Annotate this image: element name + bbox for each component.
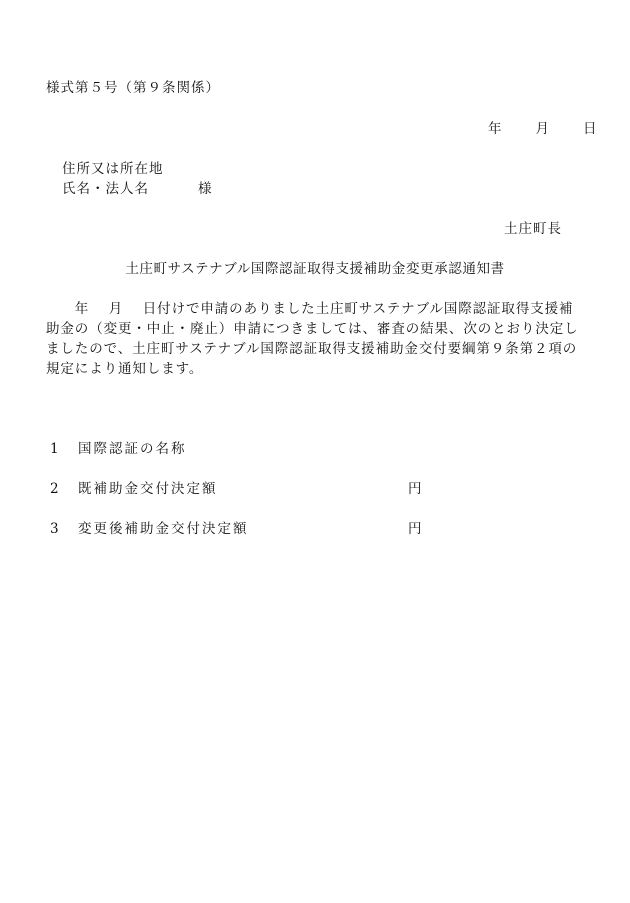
honorific: 様 [198,180,212,198]
body-line: 年 月 日付けで申請のありました土庄町サステナブル国際認証取得支援補 [46,299,596,319]
form-number: 様式第５号（第９条関係） [46,79,220,97]
issuer: 土庄町長 [504,220,562,238]
body-line: 規定により通知します。 [46,359,596,379]
item-label: 既補助金交付決定額 [78,480,218,498]
body-paragraph: 年 月 日付けで申請のありました土庄町サステナブル国際認証取得支援補 助金の（変… [46,299,596,379]
date-month: 月 [536,120,550,138]
document-title: 土庄町サステナブル国際認証取得支援補助金変更承認通知書 [0,260,630,278]
item-number: 1 [50,440,59,458]
date-year: 年 [488,120,502,138]
name-label: 氏名・法人名 [62,180,149,198]
address-label: 住所又は所在地 [62,160,164,178]
item-number: 2 [50,480,59,498]
item-number: 3 [50,520,59,538]
body-line: ましたので、土庄町サステナブル国際認証取得支援補助金交付要綱第９条第２項の [46,339,596,359]
item-label: 国際認証の名称 [78,440,187,458]
date-day: 日 [583,120,597,138]
item-unit: 円 [408,520,422,538]
item-unit: 円 [408,480,422,498]
item-label: 変更後補助金交付決定額 [78,520,249,538]
body-line: 助金の（変更・中止・廃止）申請につきましては、審査の結果、次のとおり決定し [46,319,596,339]
date-line: 年月日 [488,120,597,138]
